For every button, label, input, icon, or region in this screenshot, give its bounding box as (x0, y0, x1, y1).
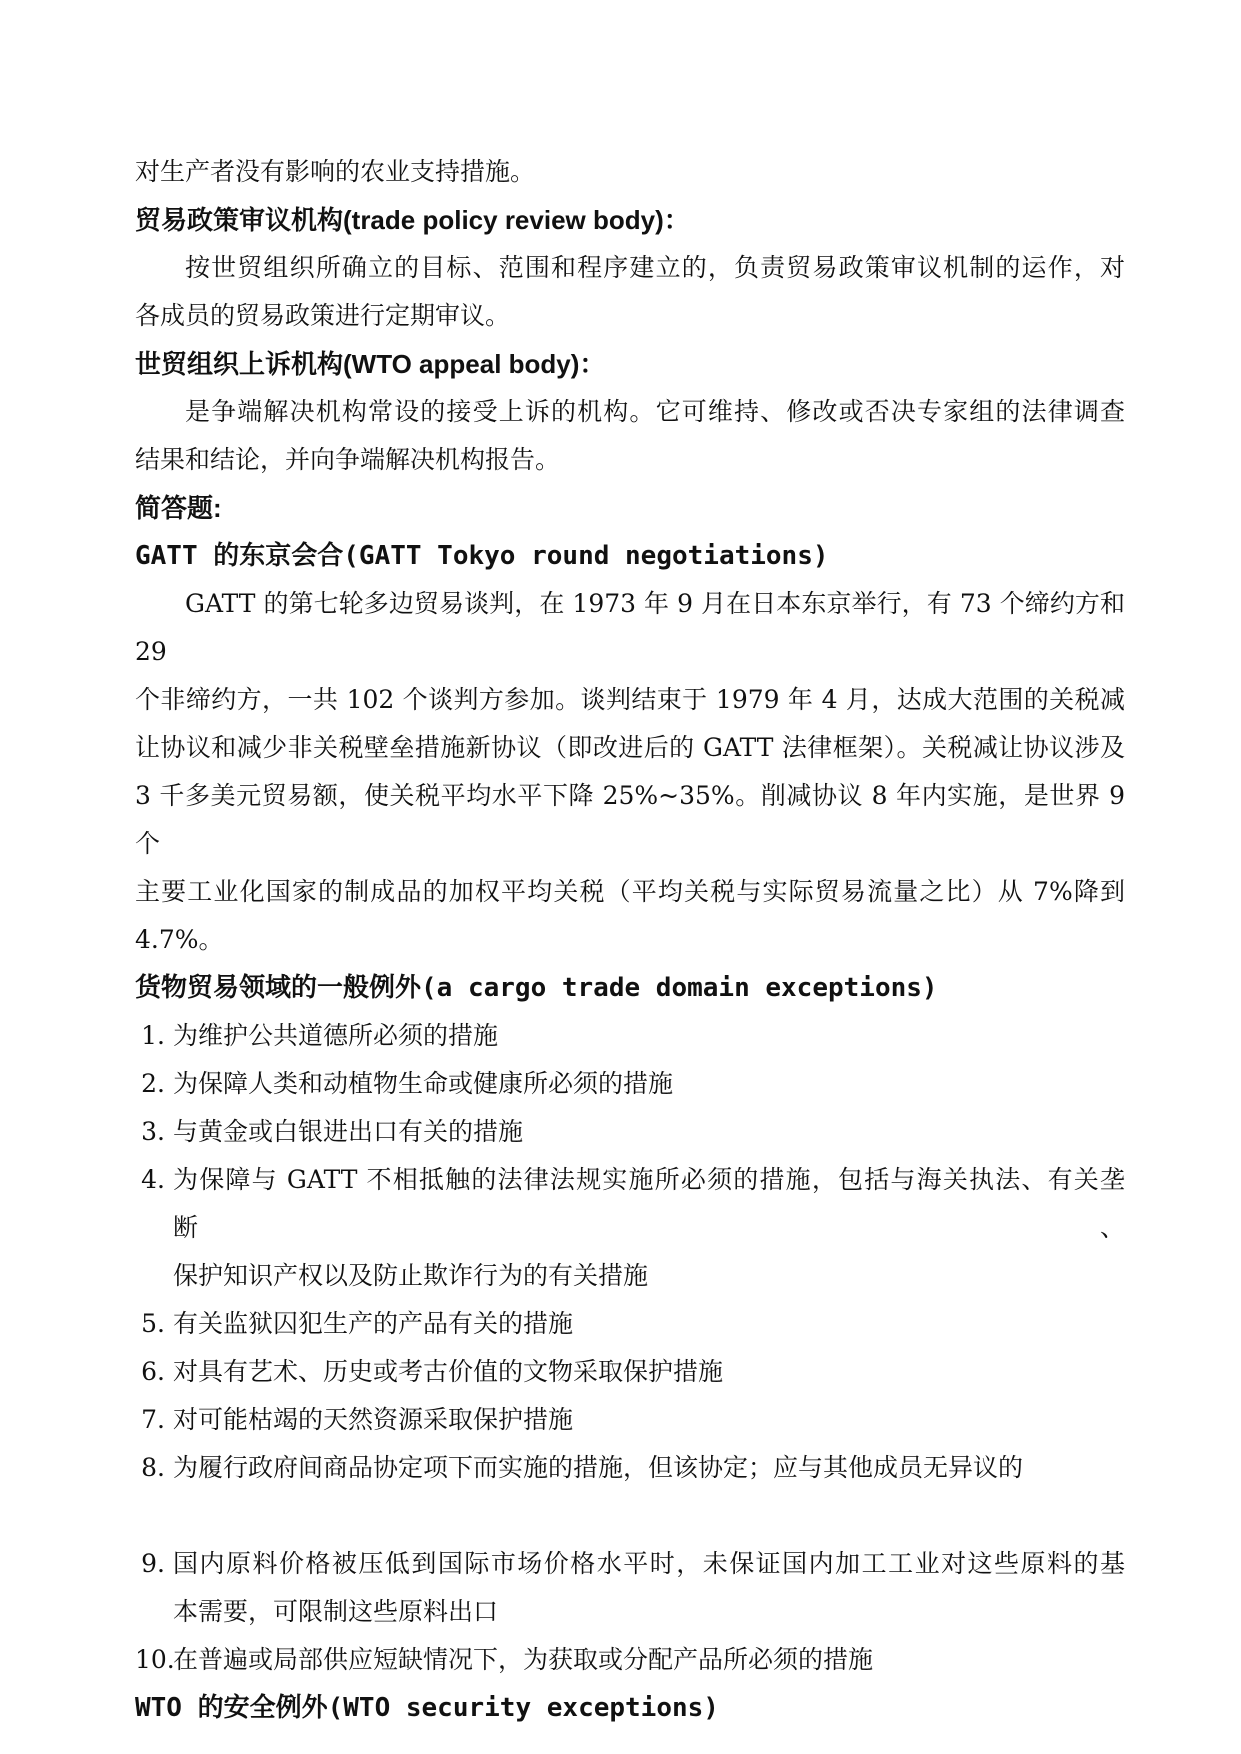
list-item: 3. 与黄金或白银进出口有关的措施 (135, 1108, 1125, 1156)
numbered-list: 1. 为维护公共道德所必须的措施 2. 为保障人类和动植物生命或健康所必须的措施… (135, 1012, 1125, 1684)
list-item-text: 为履行政府间商品协定项下而实施的措施，但该协定；应与其他成员无异议的 (173, 1444, 1125, 1492)
paragraph-line: 3 千多美元贸易额，使关税平均水平下降 25%~35%。削减协议 8 年内实施，… (135, 772, 1125, 868)
paragraph-line: 结果和结论，并向争端解决机构报告。 (135, 436, 1125, 484)
list-item-number: 7. (135, 1396, 165, 1444)
list-item-number: 6. (135, 1348, 165, 1396)
list-item: 2. 为保障人类和动植物生命或健康所必须的措施 (135, 1060, 1125, 1108)
list-item: 6. 对具有艺术、历史或考古价值的文物采取保护措施 (135, 1348, 1125, 1396)
list-item-number: 5. (135, 1300, 165, 1348)
paragraph: 按世贸组织所确立的目标、范围和程序建立的，负责贸易政策审议机制的运作，对 各成员… (135, 244, 1125, 340)
line: 为保障人类和动植物生命或健康所必须的措施 (173, 1060, 1125, 1108)
heading-gatt-tokyo-round: GATT 的东京会合(GATT Tokyo round negotiations… (135, 532, 1125, 580)
list-item-number: 10. (135, 1636, 165, 1684)
paragraph-line: 按世贸组织所确立的目标、范围和程序建立的，负责贸易政策审议机制的运作，对 (135, 244, 1125, 292)
document-page: 对生产者没有影响的农业支持措施。 贸易政策审议机构(trade policy r… (0, 0, 1241, 1754)
line: 与黄金或白银进出口有关的措施 (173, 1108, 1125, 1156)
list-item-text: 与黄金或白银进出口有关的措施 (173, 1108, 1125, 1156)
line: 为履行政府间商品协定项下而实施的措施，但该协定；应与其他成员无异议的 (173, 1444, 1125, 1492)
heading-wto-security-exceptions: WTO 的安全例外(WTO security exceptions) (135, 1684, 1125, 1732)
list-item: 8. 为履行政府间商品协定项下而实施的措施，但该协定；应与其他成员无异议的 (135, 1444, 1125, 1492)
paragraph: 对生产者没有影响的农业支持措施。 (135, 148, 1125, 196)
list-item-text: 有关监狱囚犯生产的产品有关的措施 (173, 1300, 1125, 1348)
list-item: 7. 对可能枯竭的天然资源采取保护措施 (135, 1396, 1125, 1444)
paragraph-line: 让协议和减少非关税壁垒措施新协议（即改进后的 GATT 法律框架）。关税减让协议… (135, 724, 1125, 772)
paragraph-line: 对生产者没有影响的农业支持措施。 (135, 148, 1125, 196)
heading-trade-policy-review-body: 贸易政策审议机构(trade policy review body)： (135, 196, 1125, 244)
list-item-number: 4. (135, 1156, 165, 1300)
paragraph: GATT 的第七轮多边贸易谈判，在 1973 年 9 月在日本东京举行，有 73… (135, 580, 1125, 964)
line: 对具有艺术、历史或考古价值的文物采取保护措施 (173, 1348, 1125, 1396)
list-item-number: 9. (135, 1540, 165, 1636)
list-item: 4. 为保障与 GATT 不相抵触的法律法规实施所必须的措施，包括与海关执法、有… (135, 1156, 1125, 1300)
line: 对可能枯竭的天然资源采取保护措施 (173, 1396, 1125, 1444)
list-item-number: 1. (135, 1012, 165, 1060)
paragraph-line: 4.7%。 (135, 916, 1125, 964)
paragraph-line: 是争端解决机构常设的接受上诉的机构。它可维持、修改或否决专家组的法律调查 (135, 388, 1125, 436)
list-item-text: 在普遍或局部供应短缺情况下，为获取或分配产品所必须的措施 (173, 1636, 1125, 1684)
line: 本需要，可限制这些原料出口 (173, 1588, 1125, 1636)
paragraph-line: GATT 的第七轮多边贸易谈判，在 1973 年 9 月在日本东京举行，有 73… (135, 580, 1125, 676)
list-item-number: 2. (135, 1060, 165, 1108)
line: 有关监狱囚犯生产的产品有关的措施 (173, 1300, 1125, 1348)
list-item: 5. 有关监狱囚犯生产的产品有关的措施 (135, 1300, 1125, 1348)
heading-short-answer-section: 简答题: (135, 484, 1125, 532)
heading-cargo-trade-exceptions: 货物贸易领域的一般例外(a cargo trade domain excepti… (135, 964, 1125, 1012)
line: 为保障与 GATT 不相抵触的法律法规实施所必须的措施，包括与海关执法、有关垄断… (173, 1156, 1125, 1252)
list-item-number: 3. (135, 1108, 165, 1156)
list-item: 9. 国内原料价格被压低到国际市场价格水平时，未保证国内加工工业对这些原料的基 … (135, 1540, 1125, 1636)
line: 为维护公共道德所必须的措施 (173, 1012, 1125, 1060)
list-item-text: 为保障与 GATT 不相抵触的法律法规实施所必须的措施，包括与海关执法、有关垄断… (173, 1156, 1125, 1300)
list-item: 1. 为维护公共道德所必须的措施 (135, 1012, 1125, 1060)
paragraph-line: 个非缔约方，一共 102 个谈判方参加。谈判结束于 1979 年 4 月，达成大… (135, 676, 1125, 724)
paragraph: 是争端解决机构常设的接受上诉的机构。它可维持、修改或否决专家组的法律调查 结果和… (135, 388, 1125, 484)
paragraph-line: 主要工业化国家的制成品的加权平均关税（平均关税与实际贸易流量之比）从 7%降到 (135, 868, 1125, 916)
list-item-text: 为保障人类和动植物生命或健康所必须的措施 (173, 1060, 1125, 1108)
paragraph-line: 各成员的贸易政策进行定期审议。 (135, 292, 1125, 340)
heading-wto-appeal-body: 世贸组织上诉机构(WTO appeal body)： (135, 340, 1125, 388)
list-item-text: 对可能枯竭的天然资源采取保护措施 (173, 1396, 1125, 1444)
list-item-text: 国内原料价格被压低到国际市场价格水平时，未保证国内加工工业对这些原料的基 本需要… (173, 1540, 1125, 1636)
line: 在普遍或局部供应短缺情况下，为获取或分配产品所必须的措施 (173, 1636, 1125, 1684)
list-item-text: 对具有艺术、历史或考古价值的文物采取保护措施 (173, 1348, 1125, 1396)
list-item-number: 8. (135, 1444, 165, 1492)
list-item-text: 为维护公共道德所必须的措施 (173, 1012, 1125, 1060)
document-content: 对生产者没有影响的农业支持措施。 贸易政策审议机构(trade policy r… (135, 148, 1125, 1732)
line: 国内原料价格被压低到国际市场价格水平时，未保证国内加工工业对这些原料的基 (173, 1540, 1125, 1588)
line: 保护知识产权以及防止欺诈行为的有关措施 (173, 1252, 1125, 1300)
list-item: 10. 在普遍或局部供应短缺情况下，为获取或分配产品所必须的措施 (135, 1636, 1125, 1684)
